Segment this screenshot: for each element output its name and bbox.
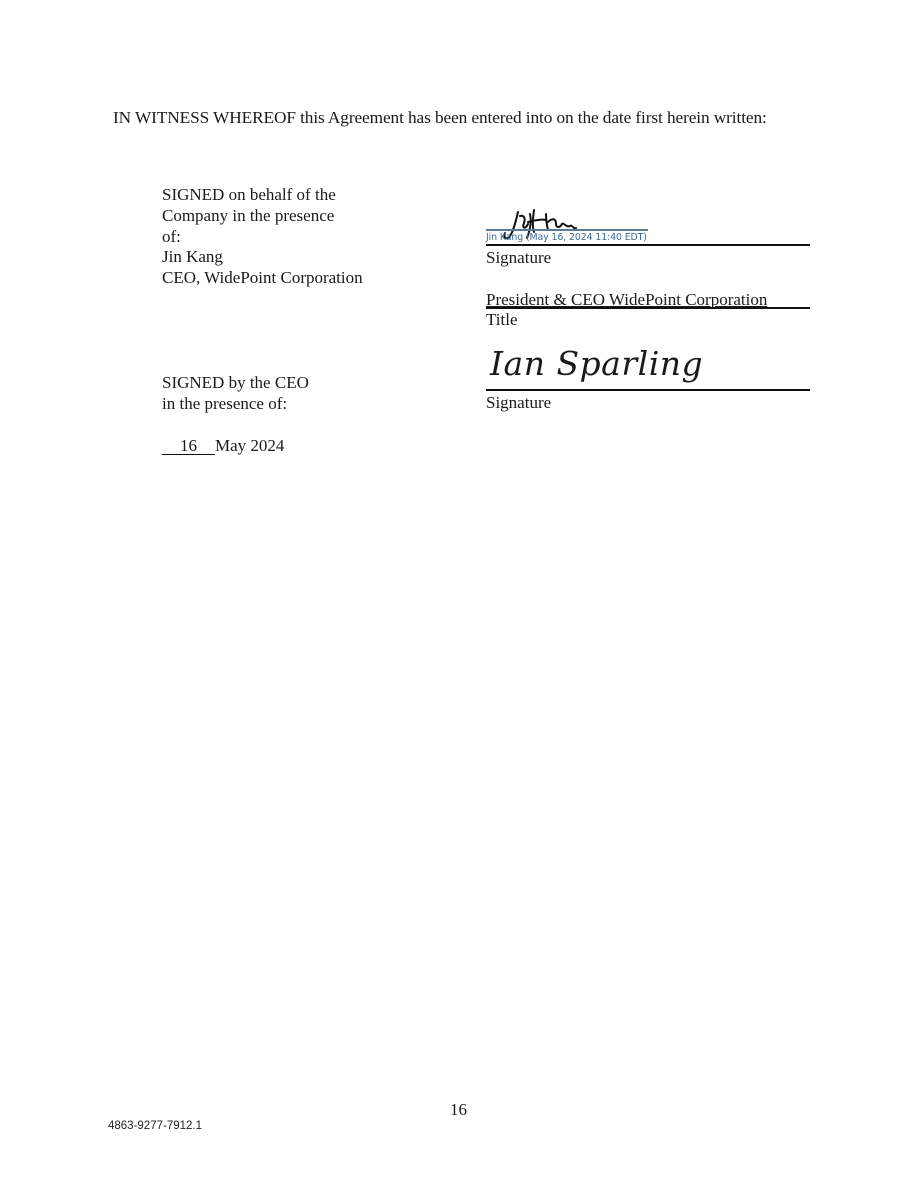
signatory-title: CEO, WidePoint Corporation <box>162 268 363 289</box>
company-block-line: Company in the presence <box>162 206 363 227</box>
company-signing-block: SIGNED on behalf of the Company in the p… <box>162 185 363 289</box>
date-month-year: May 2024 <box>215 436 284 455</box>
page-number: 16 <box>450 1100 467 1120</box>
witness-statement: IN WITNESS WHEREOF this Agreement has be… <box>113 108 767 128</box>
ceo-block-line: in the presence of: <box>162 394 309 415</box>
ceo-signing-block: SIGNED by the CEO in the presence of: <box>162 373 309 415</box>
date-day: 16 <box>162 437 215 455</box>
document-id: 4863-9277-7912.1 <box>108 1120 202 1132</box>
signing-date: 16May 2024 <box>162 436 284 456</box>
company-signature-label: Signature <box>486 248 551 268</box>
company-block-line: SIGNED on behalf of the <box>162 185 363 206</box>
esign-underline <box>486 229 648 231</box>
ceo-signature-label: Signature <box>486 393 551 413</box>
ceo-block-line: SIGNED by the CEO <box>162 373 309 394</box>
ian-sparling-signature: Ian Sparling <box>490 344 703 383</box>
signatory-name: Jin Kang <box>162 247 363 268</box>
ceo-signature-line <box>486 389 810 391</box>
esign-caption: Jin Kang (May 16, 2024 11:40 EDT) <box>486 232 647 243</box>
company-block-line: of: <box>162 227 363 248</box>
company-signature-line <box>486 244 810 246</box>
title-label: Title <box>486 310 518 330</box>
title-line <box>486 307 810 309</box>
